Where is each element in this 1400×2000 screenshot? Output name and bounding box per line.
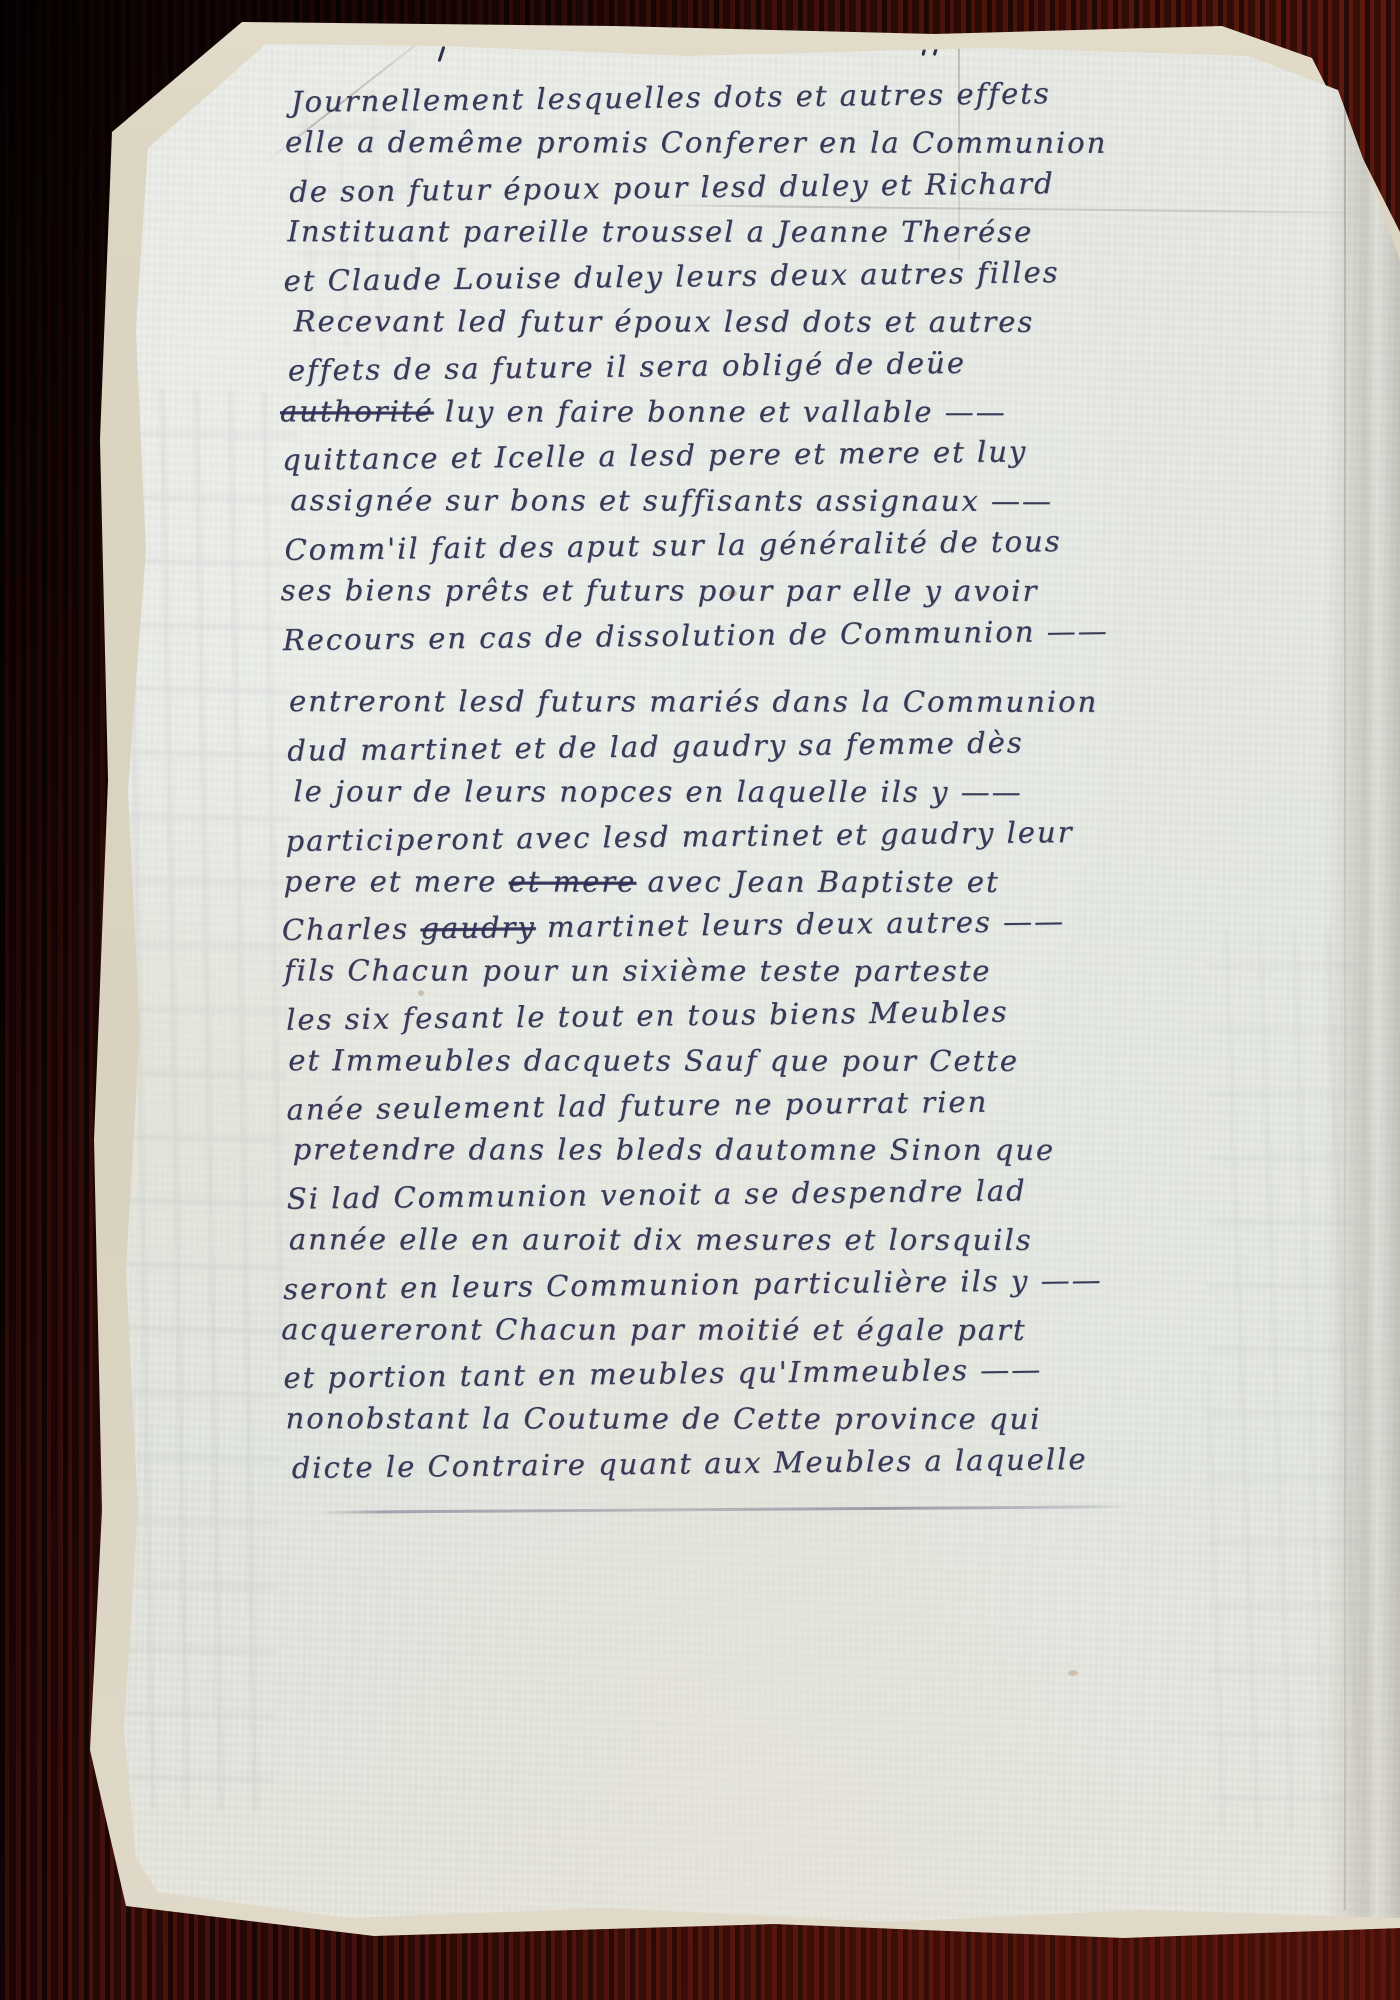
manuscript-line: fils Chacun pour un sixième teste partes… (284, 954, 992, 989)
manuscript-line: Recevant led futur époux lesd dots et au… (294, 304, 1035, 339)
manuscript-line: et Claude Louise duley leurs deux autres… (283, 255, 1059, 298)
manuscript-line: et portion tant en meubles qu'Immeubles … (283, 1353, 1042, 1396)
manuscript-line: dud martinet et de lad gaudry sa femme d… (287, 726, 1024, 768)
manuscript-line: le jour de leurs nopces en laquelle ils … (293, 774, 1022, 809)
manuscript-line: année elle en auroit dix mesures et lors… (289, 1222, 1033, 1257)
manuscript-line: de son futur époux pour lesd duley et Ri… (289, 166, 1055, 209)
manuscript-line: acquereront Chacun par moitié et égale p… (281, 1312, 1026, 1347)
manuscript-line: nonobstant la Coutume de Cette province … (286, 1401, 1042, 1436)
manuscript-line: dicte le Contraire quant aux Meubles a l… (292, 1442, 1088, 1485)
manuscript-line: Comm'il fait des aput sur la généralité … (284, 524, 1061, 567)
manuscript-line: quittance et Icelle a lesd pere et mere … (282, 435, 1027, 477)
manuscript-line: elle a demême promis Conferer en la Comm… (285, 125, 1107, 160)
manuscript-line: ses biens prêts et futurs pour par elle … (281, 573, 1039, 608)
manuscript-line: effets de sa future il sera obligé de de… (288, 346, 966, 388)
manuscript-line: les six fesant le tout en tous biens Meu… (286, 994, 1009, 1036)
manuscript-line: anée seulement lad future ne pourrat rie… (286, 1084, 988, 1126)
manuscript-line: et Immeubles dacquets Sauf que pour Cett… (288, 1043, 1019, 1078)
manuscript-line: Recours en cas de dissolution de Communi… (283, 613, 1109, 656)
manuscript-line: authorité luy en faire bonne et vallable… (280, 394, 1007, 429)
manuscript-line: pretendre dans les bleds dautomne Sinon … (293, 1133, 1056, 1168)
manuscript-line: Charles gaudry martinet leurs deux autre… (282, 904, 1066, 947)
manuscript-line: Journellement lesquelles dots et autres … (291, 76, 1051, 119)
manuscript-text: Journellement lesquelles dots et autres … (285, 28, 1352, 1937)
manuscript-line: assignée sur bons et suffisants assignau… (290, 483, 1053, 518)
manuscript-line: pere et mere et mere avec Jean Baptiste … (284, 864, 1000, 899)
manuscript-line: entreront lesd futurs mariés dans la Com… (289, 684, 1098, 719)
manuscript-page: 4 Journellement lesquelles dots et autre… (88, 30, 1400, 1935)
manuscript-line: Si lad Communion venoit a se despendre l… (287, 1174, 1027, 1216)
manuscript-line: participeront avec lesd martinet et gaud… (285, 815, 1073, 858)
manuscript-line: seront en leurs Communion particulière i… (283, 1263, 1103, 1306)
manuscript-line: Instituant pareille troussel a Jeanne Th… (287, 215, 1033, 250)
